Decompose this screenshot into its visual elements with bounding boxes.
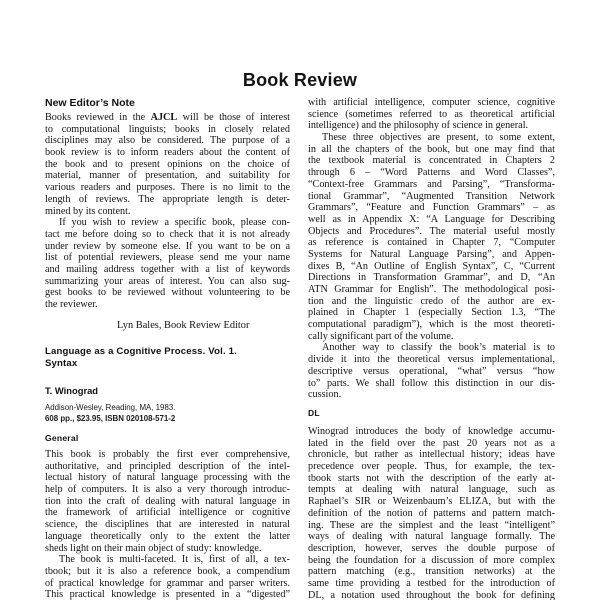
text-line: and mailing address together with a list…	[45, 264, 290, 276]
price-isbn-line: 608 pp., $23.95, ISBN 020108-571-2	[45, 413, 290, 424]
text-line: with artificial intelligence, computer s…	[308, 97, 555, 109]
text-line: tion into the craft of dealing with natu…	[45, 496, 290, 508]
text-line: as reference is contained in Chapter 7, …	[308, 237, 555, 249]
text-line: disciplines may also be considered. The …	[45, 135, 290, 147]
text-line: This practical knowledge is presented in…	[45, 589, 290, 600]
text-segment: will be those of interest	[177, 112, 290, 123]
text-line: pattern matching (e.g., transition netwo…	[308, 566, 555, 578]
section-heading-general: General	[45, 432, 290, 444]
text-line: of practical knowledge for grammar and p…	[45, 578, 290, 590]
text-line: gest books to be reviewed without volunt…	[45, 287, 290, 299]
editor-note-heading: New Editor’s Note	[45, 96, 290, 110]
text-line: This book is probably the first ever com…	[45, 449, 290, 461]
text-line: plained in Chapter 1 (especially Section…	[308, 307, 555, 319]
text-line: ATN Grammar for English”. The methodolog…	[308, 284, 555, 296]
text-line: tempts at dealing with natural language,…	[308, 484, 555, 496]
text-line: to computational linguists; books in clo…	[45, 124, 290, 136]
text-line: tbook; but it is also a reference book, …	[45, 566, 290, 578]
text-line: cally significant part of the volume.	[308, 331, 555, 343]
text-line: same time providing a testbed for the in…	[308, 578, 555, 590]
text-segment: Books reviewed in the	[45, 112, 151, 123]
text-line: ing. These are the simplest and the leas…	[308, 520, 555, 532]
general-section-continued: with artificial intelligence, computer s…	[308, 97, 555, 401]
review-author: T. Winograd	[45, 385, 290, 397]
text-line: help of computers. It is also a very tho…	[45, 484, 290, 496]
text-line: material, manner of presentation, and su…	[45, 170, 290, 182]
title-line: Language as a Cognitive Process. Vol. 1.	[45, 346, 290, 358]
publisher-line: Addison-Wesley, Reading, MA, 1983.	[45, 402, 290, 413]
text-line: Raphael’s SIR or Weizenbaum’s ELIZA, but…	[308, 496, 555, 508]
text-line: book review is to inform readers about t…	[45, 147, 290, 159]
section-heading-dl: DL	[308, 407, 555, 419]
text-line: science, the disciplines that are intere…	[45, 519, 290, 531]
text-line: divide it into the theoretical versus im…	[308, 354, 555, 366]
text-line: Winograd introduces the body of knowledg…	[308, 426, 555, 438]
text-line: descriptive versus operational, “what” v…	[308, 366, 555, 378]
text-line: in all the chapters of the book, but one…	[308, 144, 555, 156]
text-line: the textbook material is concentrated in…	[308, 155, 555, 167]
text-line: lectual history of natural language proc…	[45, 472, 290, 484]
text-line: tbook starts not with the description of…	[308, 473, 555, 485]
general-section-body: This book is probably the first ever com…	[45, 449, 290, 600]
text-line: lated in the field over the past 20 year…	[308, 438, 555, 450]
review-book-title: Language as a Cognitive Process. Vol. 1.…	[45, 346, 290, 370]
text-line: mined by its content.	[45, 206, 290, 218]
text-line: Another way to classify the book’s mater…	[308, 342, 555, 354]
text-line: well as in Appendix X: “A Language for D…	[308, 214, 555, 226]
journal-name: AJCL	[151, 112, 178, 123]
publication-info: Addison-Wesley, Reading, MA, 1983. 608 p…	[45, 402, 290, 424]
text-line: language theoretically only to the exten…	[45, 531, 290, 543]
text-line: ways of dealing with natural language fo…	[308, 531, 555, 543]
text-line: The book is multi-faceted. It is, first …	[45, 554, 290, 566]
text-line: being the foundation for a discussion of…	[308, 555, 555, 567]
text-line: Systems for Natural Language Parsing”, a…	[308, 249, 555, 261]
text-line: tion and the linguistic credo of the aut…	[308, 296, 555, 308]
text-line: Books reviewed in the AJCL will be those…	[45, 112, 290, 124]
page-title: Book Review	[0, 68, 600, 92]
dl-section-body: Winograd introduces the body of knowledg…	[308, 426, 555, 600]
text-line: chronicle, but rather as intellectual hi…	[308, 449, 555, 461]
text-line: authoritative, and principled descriptio…	[45, 461, 290, 473]
editor-note-body: Books reviewed in the AJCL will be those…	[45, 112, 290, 311]
text-line: Grammars”, “Feature and Function Grammar…	[308, 202, 555, 214]
text-line: computational paradigm”), which is the m…	[308, 319, 555, 331]
text-line: definition of the notion of patterns and…	[308, 508, 555, 520]
text-line: precedence over people. Thus, for exampl…	[308, 461, 555, 473]
text-line: If you wish to review a specific book, p…	[45, 217, 290, 229]
text-line: Directions in Transformation Grammar”, a…	[308, 272, 555, 284]
text-line: length of reviews. The appropriate lengt…	[45, 194, 290, 206]
title-line: Syntax	[45, 358, 290, 370]
text-line: to” parts. We shall follow this distinct…	[308, 378, 555, 390]
text-line: the book and to present opinions on the …	[45, 159, 290, 171]
text-line: summarizing your areas of interest. You …	[45, 276, 290, 288]
text-line: cussion.	[308, 389, 555, 401]
text-line: science (sometimes referred to as theore…	[308, 109, 555, 121]
text-line: dixes B, “An Outline of English Syntax”,…	[308, 261, 555, 273]
text-line: tional Grammar”, “Augmented Transition N…	[308, 191, 555, 203]
text-line: Objects and Procedures”. The material us…	[308, 226, 555, 238]
text-line: various readers and purposes. There is n…	[45, 182, 290, 194]
text-line: list of potential reviewers, please send…	[45, 252, 290, 264]
text-line: These three objectives are present, to s…	[308, 132, 555, 144]
text-line: “Context-free Grammars and Parsing”, “Tr…	[308, 179, 555, 191]
text-line: the reviewer.	[45, 299, 290, 311]
text-line: description, however, serves the double …	[308, 543, 555, 555]
text-line: tact me before doing so to check that it…	[45, 229, 290, 241]
text-line: sheds light on their main object of stud…	[45, 543, 290, 555]
text-line: intelligence) and the philosophy of scie…	[308, 120, 555, 132]
text-line: the framework of artificial intelligence…	[45, 507, 290, 519]
text-line: through 6 – “Word Patterns and Word Clas…	[308, 167, 555, 179]
text-line: under review by someone else. If you wan…	[45, 241, 290, 253]
text-line: DL, a notation used throughout the book …	[308, 590, 555, 600]
